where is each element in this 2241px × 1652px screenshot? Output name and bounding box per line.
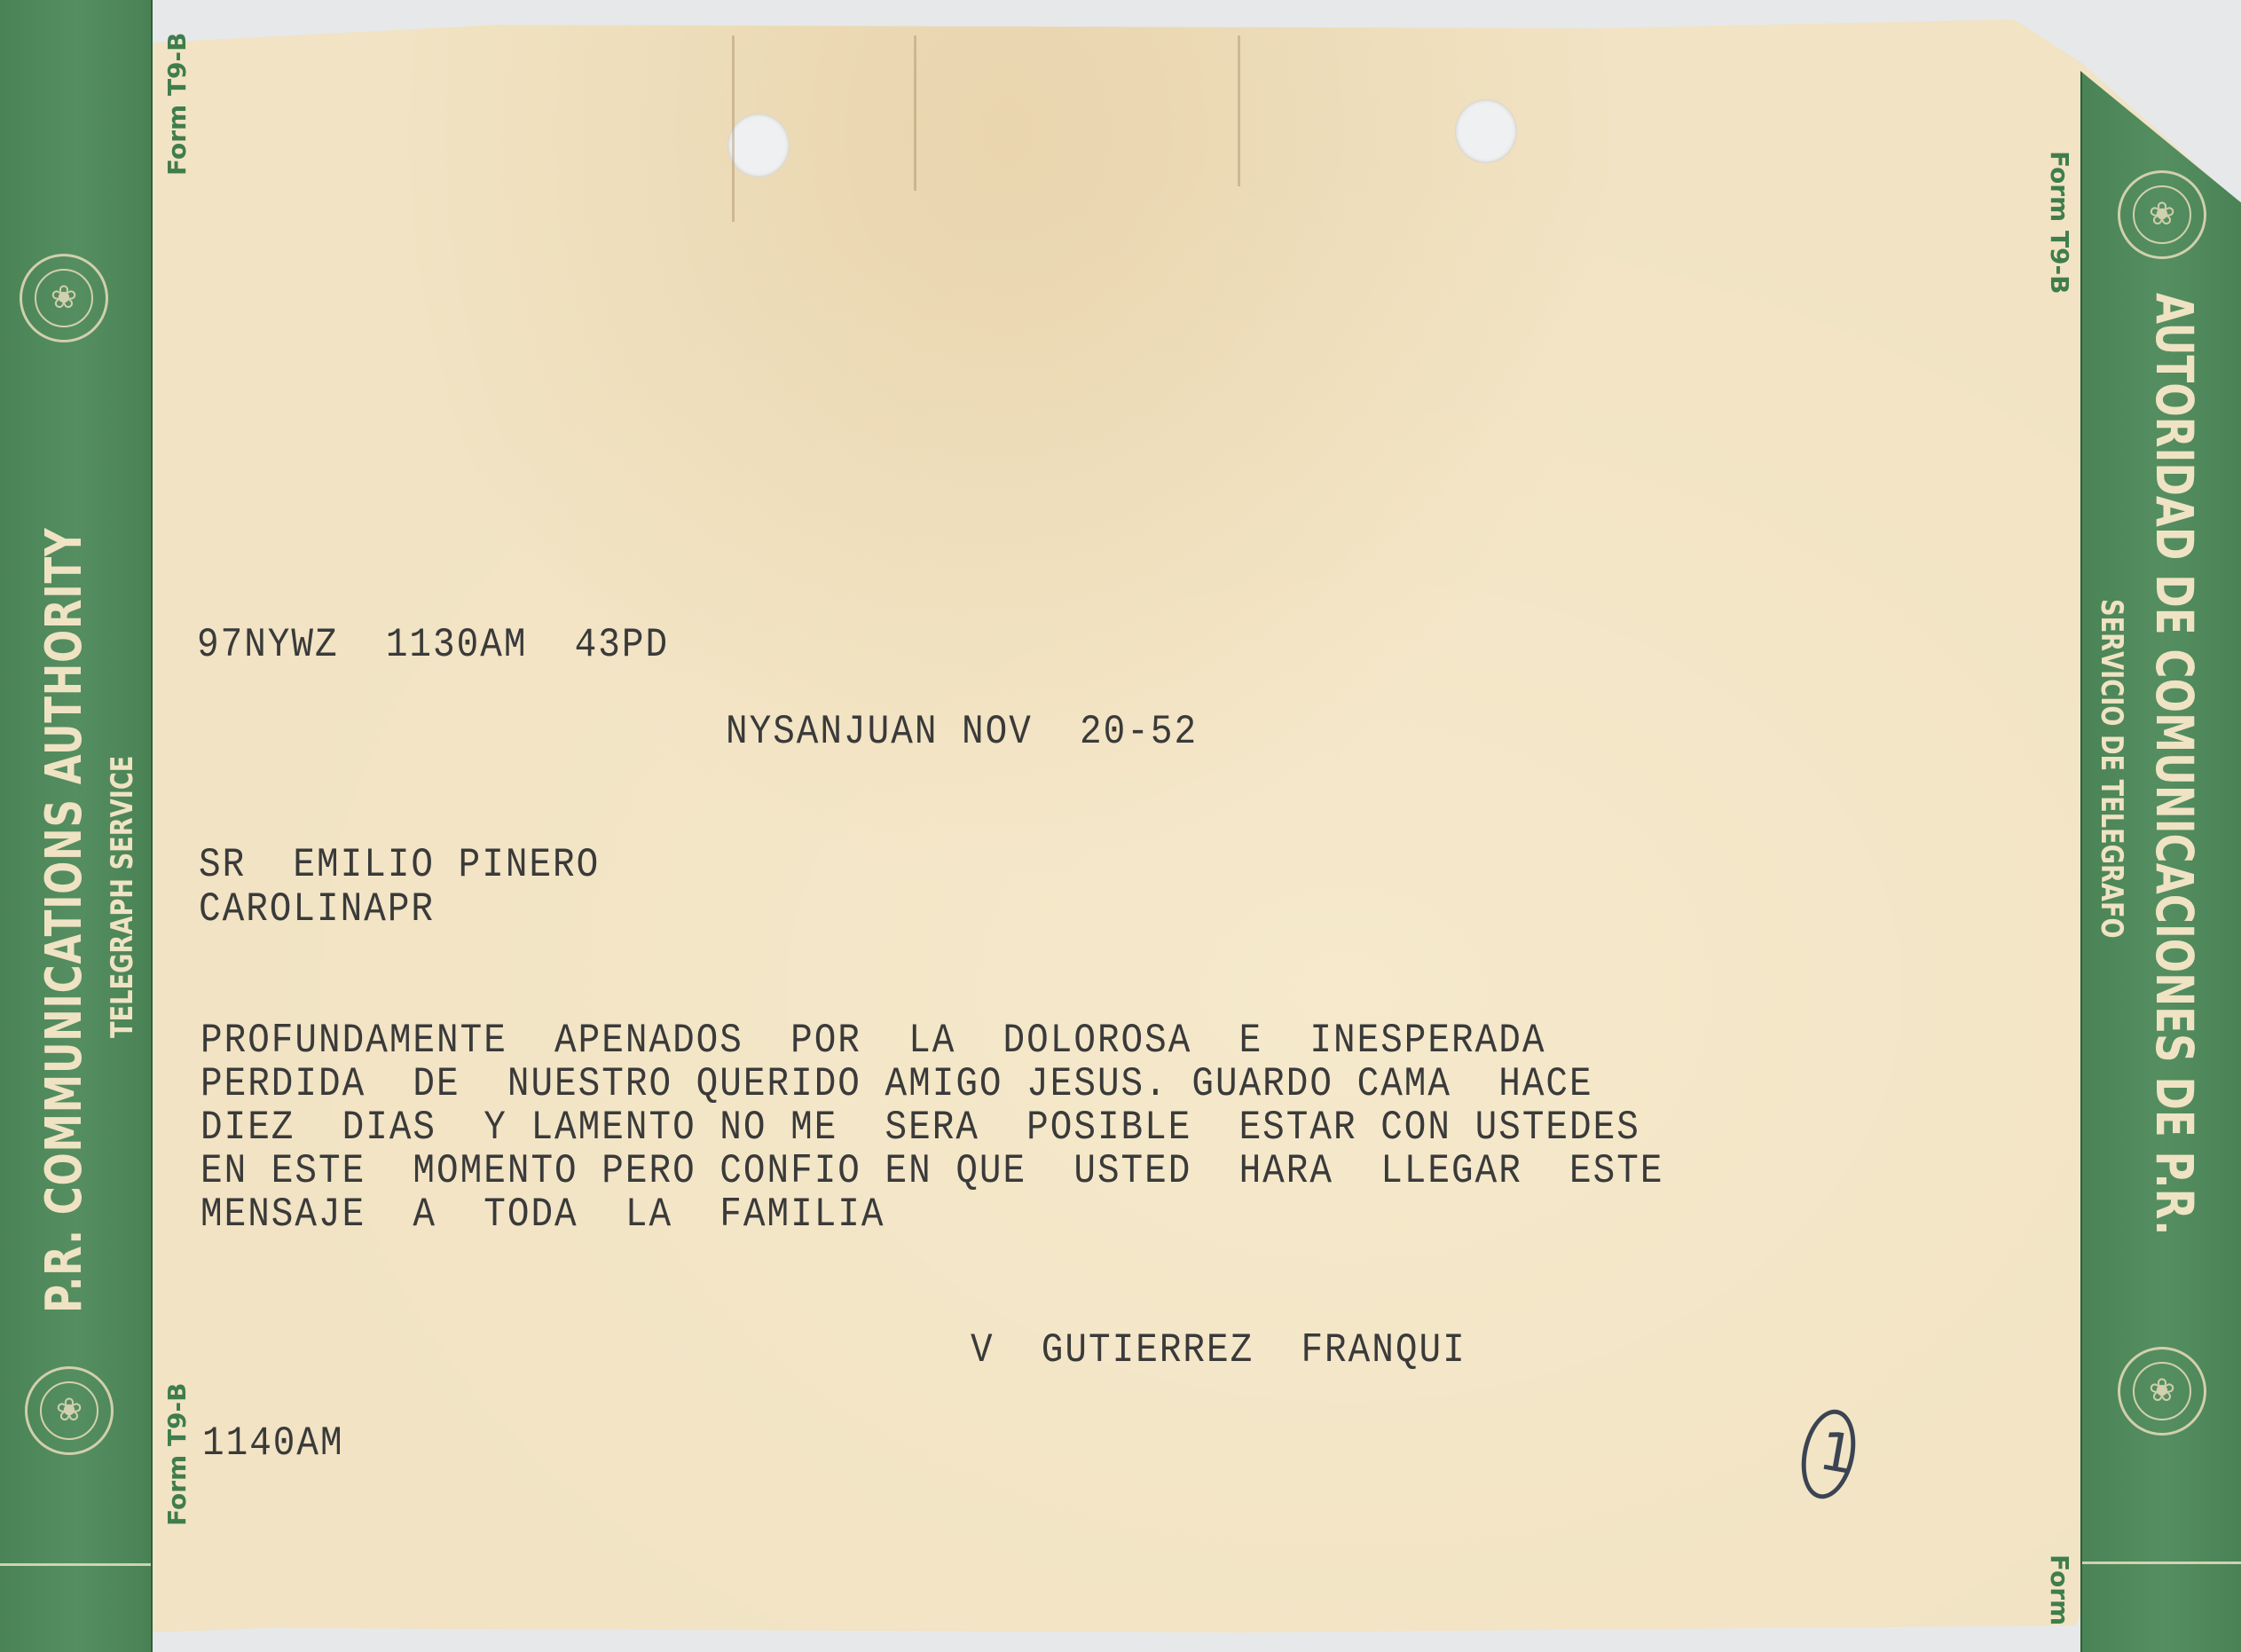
message-line: EN ESTE MOMENTO PERO CONFIO EN QUE USTED… [201,1149,1663,1195]
telegram-header-line: 97NYWZ 1130AM 43PD [197,623,669,669]
message-line: MENSAJE A TODA LA FAMILIA [201,1192,885,1239]
seal-emblem: ❀ [2118,1347,2206,1436]
paper-tear [732,35,735,222]
left-strip-subtitle: TELEGRAPH SERVICE [105,756,140,1038]
seal-emblem: ❀ [20,254,108,342]
message-line: PERDIDA DE NUESTRO QUERIDO AMIGO JESUS. … [201,1062,1593,1108]
left-strip-title: P.R. COMMUNICATIONS AUTHORITY [35,528,93,1313]
seal-emblem: ❀ [2118,170,2206,259]
telegram-paper [0,0,2241,1652]
paper-tear [1238,35,1240,186]
message-line: PROFUNDAMENTE APENADOS POR LA DOLOROSA E… [201,1019,1545,1065]
seal-emblem: ❀ [25,1366,114,1455]
fold-line [2082,1562,2241,1564]
message-line: DIEZ DIAS Y LAMENTO NO ME SERA POSIBLE E… [201,1105,1640,1152]
recipient-location: CAROLINAPR [199,887,435,933]
punch-hole-left [727,114,790,177]
form-number-label: Form T9-B [162,32,192,176]
right-strip-title: AUTORIDAD DE COMUNICACIONES DE P.R. [2144,293,2205,1235]
form-number-label: Form T9-B [162,1382,192,1526]
form-number-label: Form T9-B [2045,151,2074,295]
form-number-label: Form [2045,1554,2074,1625]
sender-signature: V GUTIERREZ FRANQUI [971,1328,1466,1374]
fold-line [0,1563,151,1566]
right-strip-subtitle: SERVICIO DE TELEGRAFO [2094,599,2129,939]
paper-tear [914,35,916,191]
origin-and-date: NYSANJUAN NOV 20-52 [726,710,1198,756]
received-time: 1140AM [202,1421,344,1467]
recipient-name: SR EMILIO PINERO [199,843,600,889]
punch-hole-right [1455,99,1517,163]
